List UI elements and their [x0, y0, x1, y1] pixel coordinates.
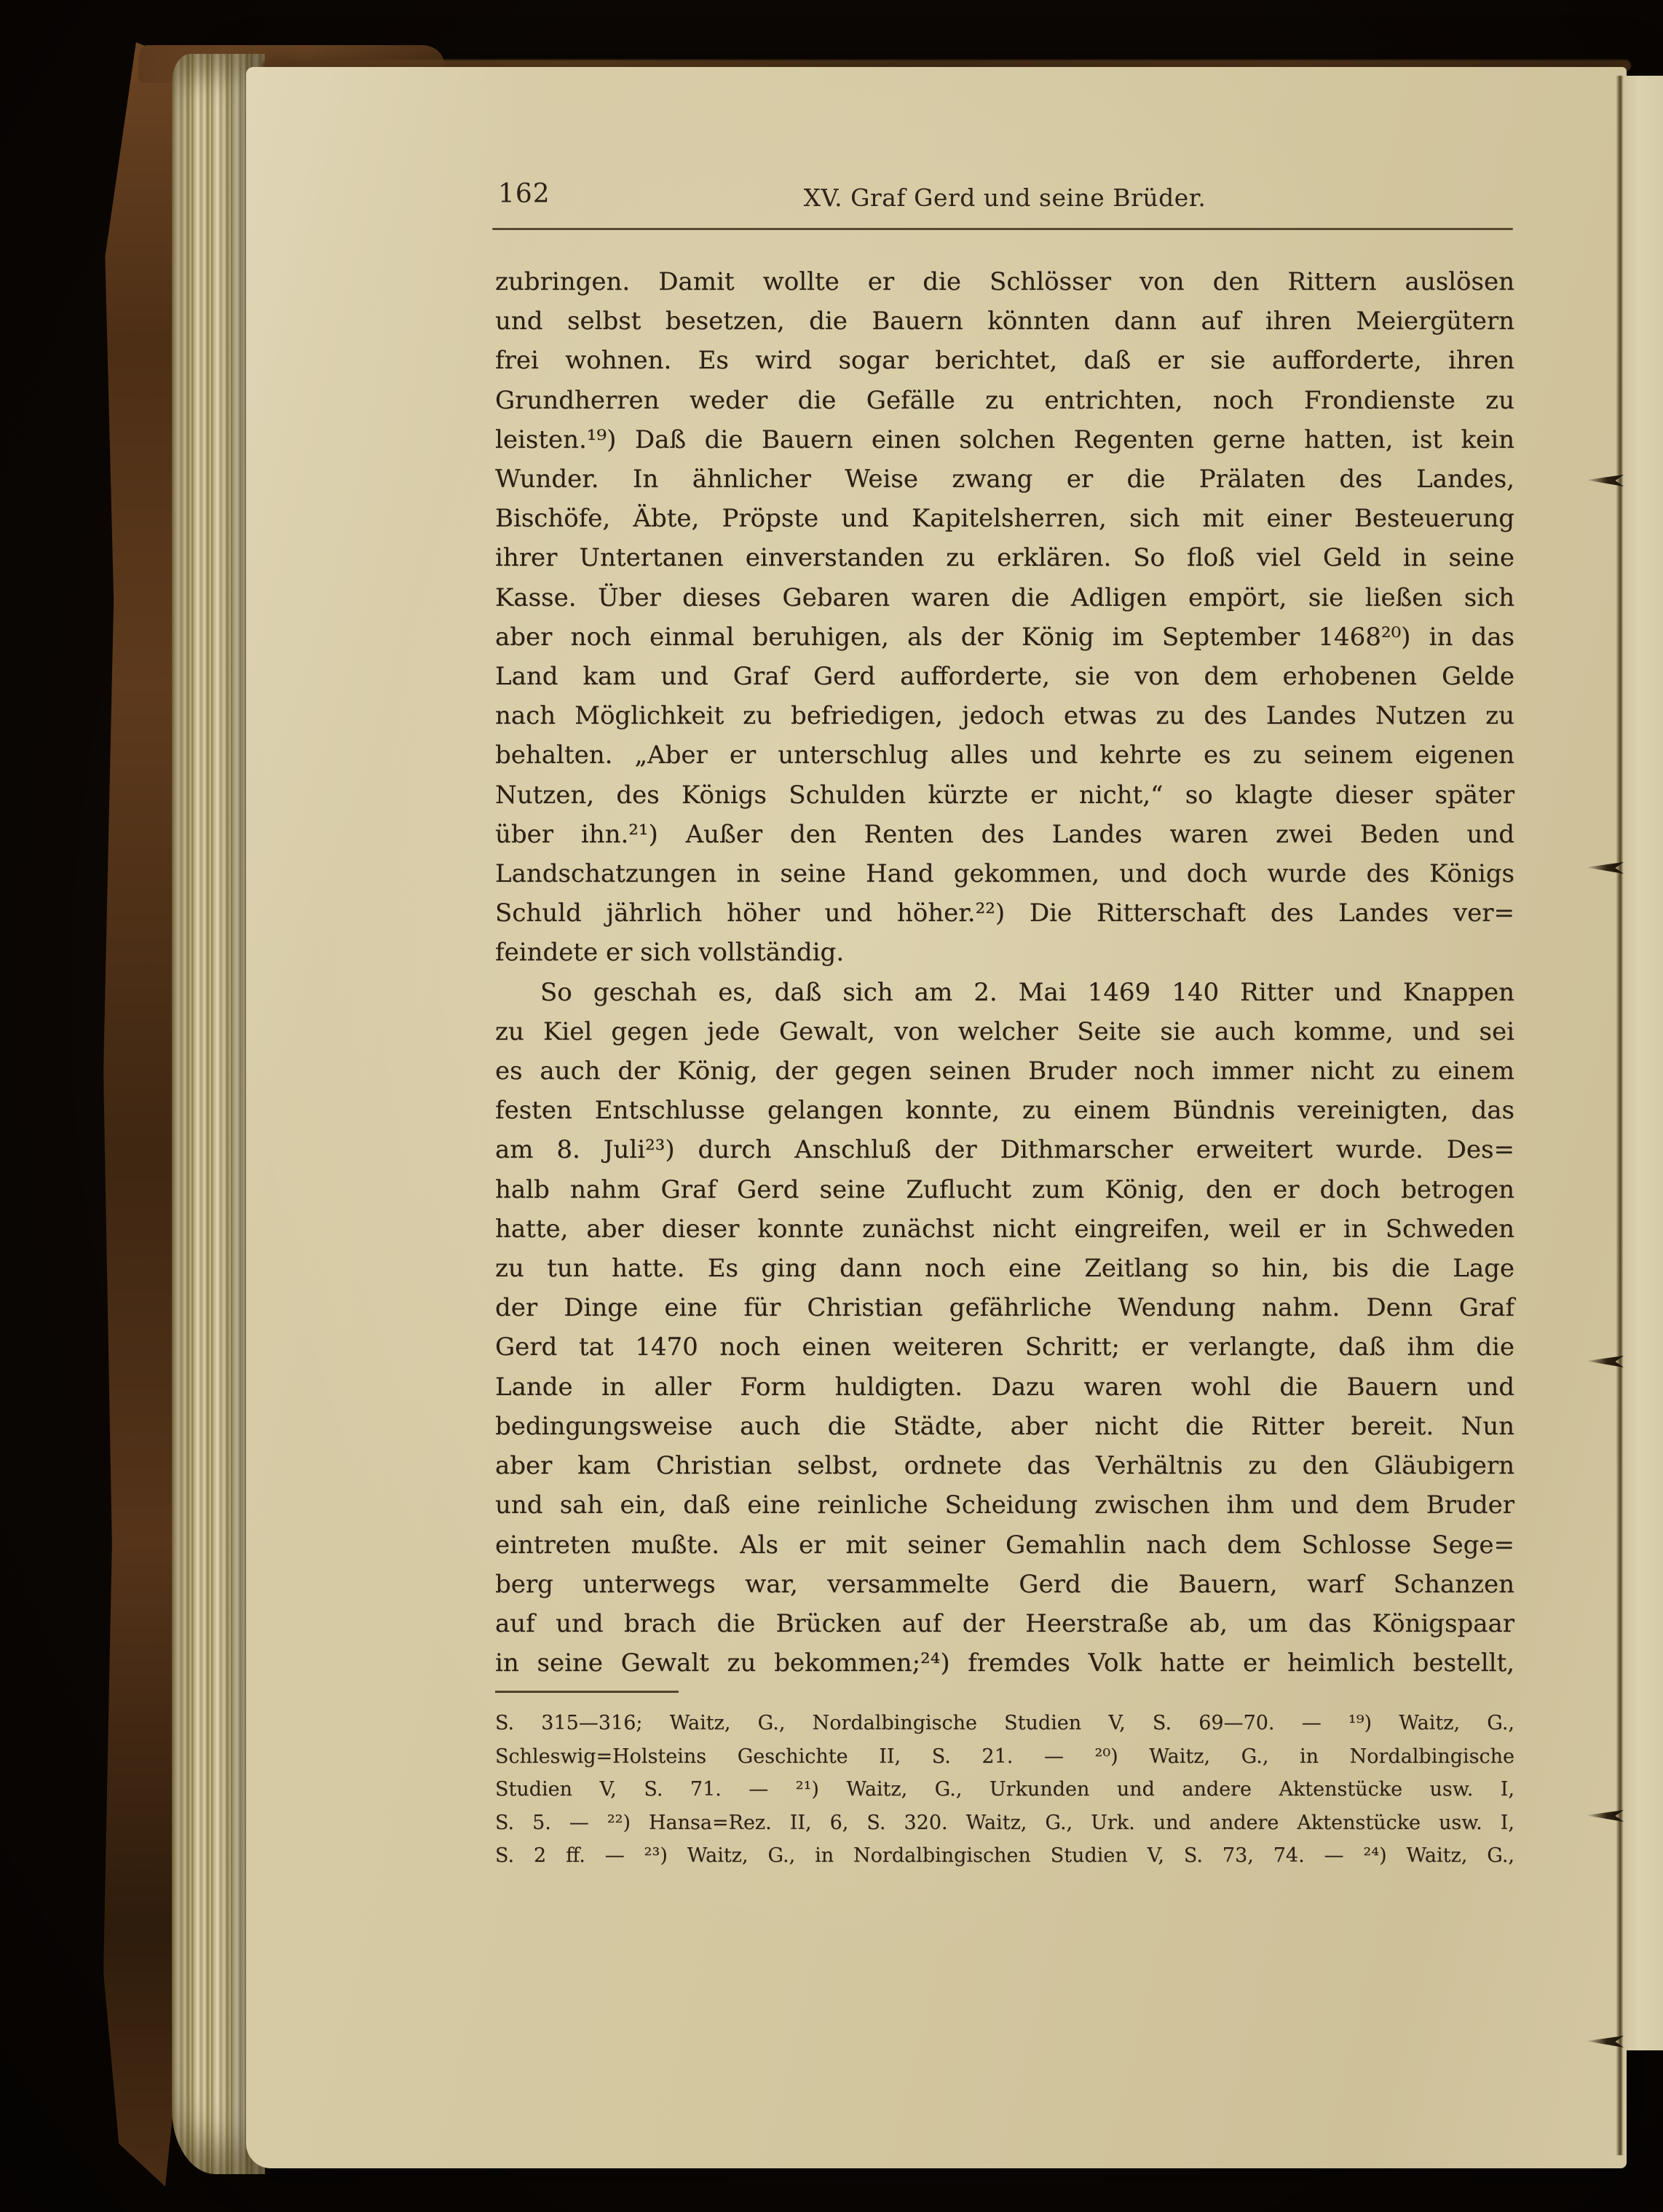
- text-line: nach Möglichkeit zu befriedigen, jedoch …: [495, 696, 1514, 735]
- text-line: eintreten mußte. Als er mit seiner Gemah…: [495, 1525, 1514, 1565]
- running-header: XV. Graf Gerd und seine Brüder.: [495, 183, 1514, 212]
- text-line: berg unterwegs war, versammelte Gerd die…: [495, 1565, 1514, 1604]
- text-line: halb nahm Graf Gerd seine Zuflucht zum K…: [495, 1170, 1514, 1209]
- footnote-line: S. 2 ff. — ²³) Waitz, G., in Nordalbingi…: [495, 1839, 1514, 1873]
- text-line: Wunder. In ähnlicher Weise zwang er die …: [495, 459, 1514, 499]
- text-line: Grundherren weder die Gefälle zu entrich…: [495, 381, 1514, 420]
- text-line: Gerd tat 1470 noch einen weiteren Schrit…: [495, 1327, 1514, 1367]
- text-line: zu Kiel gegen jede Gewalt, von welcher S…: [495, 1012, 1514, 1051]
- footnote-line: Studien V, S. 71. — ²¹) Waitz, G., Urkun…: [495, 1773, 1514, 1806]
- text-line: ihrer Untertanen einverstanden zu erklär…: [495, 538, 1514, 577]
- text-line: über ihn.²¹) Außer den Renten des Landes…: [495, 815, 1514, 854]
- text-line: der Dinge eine für Christian gefährliche…: [495, 1288, 1514, 1327]
- text-line: am 8. Juli²³) durch Anschluß der Dithmar…: [495, 1130, 1514, 1169]
- text-line: und sah ein, daß eine reinliche Scheidun…: [495, 1485, 1514, 1525]
- text-line: So geschah es, daß sich am 2. Mai 1469 1…: [495, 973, 1514, 1012]
- book-photo: { "page": { "number": "162", "header_tit…: [0, 0, 1663, 2212]
- footnote-line: S. 5. — ²²) Hansa=Rez. II, 6, S. 320. Wa…: [495, 1806, 1514, 1840]
- gutter-crease: [1616, 76, 1623, 2155]
- text-line: Nutzen, des Königs Schulden kürzte er ni…: [495, 775, 1514, 815]
- text-line: hatte, aber dieser konnte zunächst nicht…: [495, 1209, 1514, 1249]
- footnote-line: Schleswig=Holsteins Geschichte II, S. 21…: [495, 1740, 1514, 1774]
- adjacent-page-edge: [1622, 76, 1663, 2050]
- text-line: auf und brach die Brücken auf der Heerst…: [495, 1604, 1514, 1643]
- text-line: aber kam Christian selbst, ordnete das V…: [495, 1446, 1514, 1485]
- footnotes: S. 315—316; Waitz, G., Nordalbingische S…: [495, 1707, 1514, 1873]
- text-line: bedingungsweise auch die Städte, aber ni…: [495, 1407, 1514, 1446]
- header-rule: [492, 228, 1513, 230]
- text-line: aber noch einmal beruhigen, als der Köni…: [495, 617, 1514, 657]
- text-line: es auch der König, der gegen seinen Brud…: [495, 1051, 1514, 1091]
- text-line: behalten. „Aber er unterschlug alles und…: [495, 735, 1514, 775]
- text-line: Schuld jährlich höher und höher.²²) Die …: [495, 893, 1514, 933]
- footnote-separator-rule: [495, 1691, 679, 1693]
- text-line: zubringen. Damit wollte er die Schlösser…: [495, 262, 1514, 301]
- text-line: frei wohnen. Es wird sogar berichtet, da…: [495, 341, 1514, 380]
- text-line: Kasse. Über dieses Gebaren waren die Adl…: [495, 578, 1514, 617]
- footnote-line: S. 315—316; Waitz, G., Nordalbingische S…: [495, 1707, 1514, 1740]
- text-line: Lande in aller Form huldigten. Dazu ware…: [495, 1367, 1514, 1407]
- text-line: zu tun hatte. Es ging dann noch eine Zei…: [495, 1249, 1514, 1288]
- text-line: leisten.¹⁹) Daß die Bauern einen solchen…: [495, 420, 1514, 459]
- text-line: Landschatzungen in seine Hand gekommen, …: [495, 854, 1514, 893]
- text-line: in seine Gewalt zu bekommen;²⁴) fremdes …: [495, 1643, 1514, 1683]
- text-line: feindete er sich vollständig.: [495, 933, 1514, 972]
- text-line: Land kam und Graf Gerd aufforderte, sie …: [495, 657, 1514, 696]
- text-line: festen Entschlusse gelangen konnte, zu e…: [495, 1091, 1514, 1130]
- text-line: Bischöfe, Äbte, Pröpste und Kapitelsherr…: [495, 499, 1514, 538]
- text-line: und selbst besetzen, die Bauern könnten …: [495, 301, 1514, 341]
- body-text: zubringen. Damit wollte er die Schlösser…: [495, 262, 1514, 1683]
